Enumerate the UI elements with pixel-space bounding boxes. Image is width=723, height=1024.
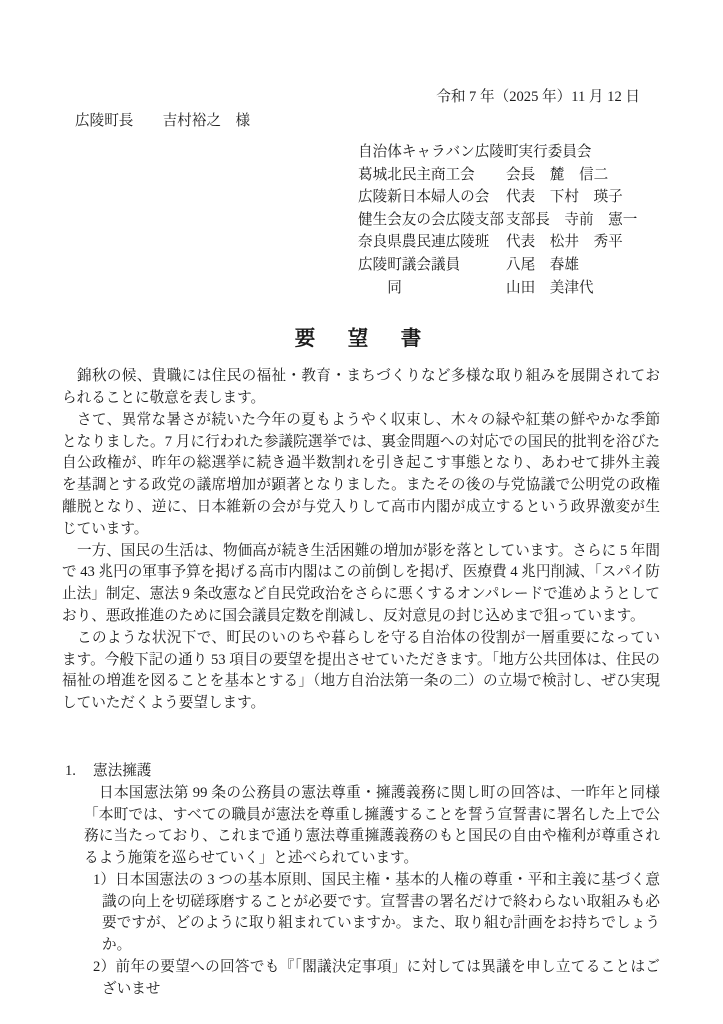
signatory-person: 山田 美津代 xyxy=(506,277,594,300)
signatory-person: 代表 松井 秀平 xyxy=(506,231,623,254)
addressee-line: 広陵町長 吉村裕之 様 xyxy=(75,110,660,132)
body-paragraph: このような状況下で、町民のいのちや暮らしを守る自治体の役割が一層重要になっていま… xyxy=(62,628,660,715)
signatory-org: 広陵町議会議員 xyxy=(358,254,506,277)
sender-block: 自治体キャラバン広陵町実行委員会 葛城北民主商工会 会長 麓 信二 広陵新日本婦… xyxy=(358,141,660,299)
signatory-row: 健生会友の会広陵支部 支部長 寺前 憲一 xyxy=(358,209,660,232)
document-title: 要 望 書 xyxy=(62,325,660,353)
signatory-row: 奈良県農民連広陵班 代表 松井 秀平 xyxy=(358,231,660,254)
section-title: 憲法擁護 xyxy=(93,761,151,783)
signatory-org: 奈良県農民連広陵班 xyxy=(358,231,506,254)
section-paragraph: 日本国憲法第 99 条の公務員の憲法尊重・擁護義務に関し町の回答は、一昨年と同様… xyxy=(84,783,660,870)
signatory-person: 支部長 寺前 憲一 xyxy=(506,209,637,232)
signatory-org: 同 xyxy=(358,277,506,300)
signatory-row: 広陵新日本婦人の会 代表 下村 瑛子 xyxy=(358,186,660,209)
signatory-person: 八尾 春雄 xyxy=(506,254,579,277)
signatory-person: 代表 下村 瑛子 xyxy=(506,186,623,209)
signatory-row: 同 山田 美津代 xyxy=(358,277,660,300)
signatory-row: 広陵町議会議員 八尾 春雄 xyxy=(358,254,660,277)
signatory-org: 健生会友の会広陵支部 xyxy=(358,209,506,232)
signatory-org: 広陵新日本婦人の会 xyxy=(358,186,506,209)
signatory-row: 葛城北民主商工会 会長 麓 信二 xyxy=(358,164,660,187)
section-number: 1. xyxy=(65,761,93,783)
section-item: 1）日本国憲法の 3 つの基本原則、国民主権・基本的人権の尊重・平和主義に基づく… xyxy=(102,870,660,957)
section-constitution: 1. 憲法擁護 日本国憲法第 99 条の公務員の憲法尊重・擁護義務に関し町の回答… xyxy=(62,761,660,1001)
document-body: 錦秋の候、貴職には住民の福祉・教育・まちづくりなど多様な取り組みを展開されておら… xyxy=(62,366,660,715)
document-page: 令和 7 年（2025 年）11 月 12 日 広陵町長 吉村裕之 様 自治体キ… xyxy=(0,0,723,1024)
section-heading: 1. 憲法擁護 xyxy=(65,761,660,783)
signatory-org: 葛城北民主商工会 xyxy=(358,164,506,187)
document-date: 令和 7 年（2025 年）11 月 12 日 xyxy=(62,86,660,108)
signatory-person: 会長 麓 信二 xyxy=(506,164,608,187)
body-paragraph: さて、異常な暑さが続いた今年の夏もようやく収束し、木々の緑や紅葉の鮮やかな季節と… xyxy=(62,410,660,541)
body-paragraph: 一方、国民の生活は、物価高が続き生活困難の増加が影を落としています。さらに 5 … xyxy=(62,541,660,628)
sender-committee-name: 自治体キャラバン広陵町実行委員会 xyxy=(358,141,660,164)
body-paragraph: 錦秋の候、貴職には住民の福祉・教育・まちづくりなど多様な取り組みを展開されておら… xyxy=(62,366,660,410)
section-item: 2）前年の要望への回答でも『「閣議決定事項」に対しては異議を申し立てることはござ… xyxy=(102,957,660,1001)
